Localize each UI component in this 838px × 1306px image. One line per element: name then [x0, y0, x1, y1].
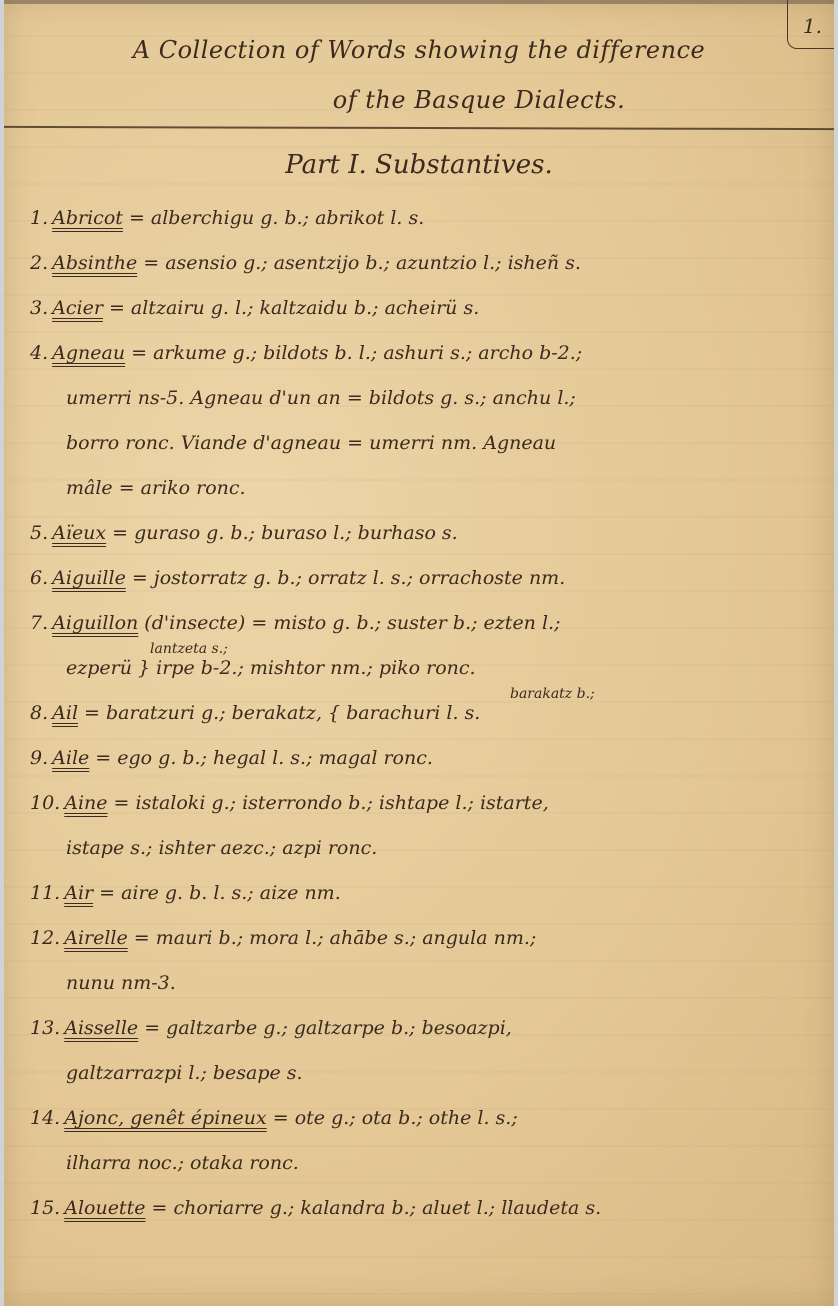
- manuscript-page: 1. A Collection of Words showing the dif…: [4, 0, 834, 1306]
- entry-headword: Abricot: [52, 207, 123, 229]
- entry-number: 11.: [30, 882, 60, 904]
- entry-translations: nunu nm-3.: [66, 972, 176, 994]
- entry-number: 8.: [30, 702, 48, 724]
- entry-line: 5.Aïeux = guraso g. b.; buraso l.; burha…: [30, 511, 808, 556]
- entry-line: barakatz b.;8.Ail = baratzuri g.; beraka…: [30, 691, 808, 736]
- title-line-2: of the Basque Dialects.: [64, 86, 838, 114]
- entry-line: 13.Aisselle = galtzarbe g.; galtzarpe b.…: [30, 1006, 808, 1051]
- entry-number: 6.: [30, 567, 48, 589]
- entry-translations: = altzairu g. l.; kaltzaidu b.; acheirü …: [103, 297, 479, 319]
- entry-line: 14.Ajonc, genêt épineux = ote g.; ota b.…: [30, 1096, 808, 1141]
- entry-headword: Aile: [52, 747, 89, 769]
- entry-superscript: lantzeta s.;: [150, 642, 228, 656]
- entry-translations: = aire g. b. l. s.; aize nm.: [93, 882, 341, 904]
- entry-number: 9.: [30, 747, 48, 769]
- entry-number: 4.: [30, 342, 48, 364]
- entry-translations: = jostorratz g. b.; orratz l. s.; orrach…: [126, 567, 565, 589]
- page-number: 1.: [803, 14, 822, 38]
- entry-translations: galtzarrazpi l.; besape s.: [66, 1062, 303, 1084]
- entry-number: 14.: [30, 1107, 60, 1129]
- entry-headword: Airelle: [64, 927, 128, 949]
- entry-number: 12.: [30, 927, 60, 949]
- entry-line: mâle = ariko ronc.: [30, 466, 808, 511]
- entry-translations: = ote g.; ota b.; othe l. s.;: [267, 1107, 518, 1129]
- entry-headword: Aine: [64, 792, 107, 814]
- entry-translations: mâle = ariko ronc.: [66, 477, 246, 499]
- entry-line: 1.Abricot = alberchigu g. b.; abrikot l.…: [30, 196, 808, 241]
- entry-translations: borro ronc. Viande d'agneau = umerri nm.…: [66, 432, 556, 454]
- entry-line: 6.Aiguille = jostorratz g. b.; orratz l.…: [30, 556, 808, 601]
- entry-line: nunu nm-3.: [30, 961, 808, 1006]
- entry-translations: = choriarre g.; kalandra b.; aluet l.; l…: [145, 1197, 601, 1219]
- entry-translations: umerri ns-5. Agneau d'un an = bildots g.…: [66, 387, 576, 409]
- entry-number: 2.: [30, 252, 48, 274]
- entry-headword: Agneau: [52, 342, 125, 364]
- entry-line: istape s.; ishter aezc.; azpi ronc.: [30, 826, 808, 871]
- entry-line: 15.Alouette = choriarre g.; kalandra b.;…: [30, 1186, 808, 1231]
- entry-translations: = arkume g.; bildots b. l.; ashuri s.; a…: [125, 342, 582, 364]
- entry-translations: = mauri b.; mora l.; ahābe s.; angula nm…: [128, 927, 537, 949]
- entry-translations: = galtzarbe g.; galtzarpe b.; besoazpi,: [138, 1017, 512, 1039]
- entry-line: borro ronc. Viande d'agneau = umerri nm.…: [30, 421, 808, 466]
- title-line-1: A Collection of Words showing the differ…: [4, 36, 834, 64]
- entry-number: 7.: [30, 612, 48, 634]
- part-heading: Part I. Substantives.: [4, 150, 834, 180]
- entry-headword: Aisselle: [64, 1017, 138, 1039]
- page-top-edge: [4, 0, 834, 4]
- entry-headword: Ail: [52, 702, 78, 724]
- entry-translations: = alberchigu g. b.; abrikot l. s.: [123, 207, 424, 229]
- entry-number: 5.: [30, 522, 48, 544]
- entry-list: 1.Abricot = alberchigu g. b.; abrikot l.…: [30, 196, 808, 1231]
- entry-line: galtzarrazpi l.; besape s.: [30, 1051, 808, 1096]
- entry-line: 3.Acier = altzairu g. l.; kaltzaidu b.; …: [30, 286, 808, 331]
- entry-headword: Aïeux: [52, 522, 106, 544]
- entry-translations: (d'insecte) = misto g. b.; suster b.; ez…: [138, 612, 560, 634]
- entry-headword: Ajonc, genêt épineux: [64, 1107, 267, 1129]
- entry-headword: Acier: [52, 297, 103, 319]
- entry-number: 15.: [30, 1197, 60, 1219]
- entry-line: ilharra noc.; otaka ronc.: [30, 1141, 808, 1186]
- entry-translations: = ego g. b.; hegal l. s.; magal ronc.: [89, 747, 433, 769]
- entry-headword: Air: [64, 882, 93, 904]
- entry-line: 9.Aile = ego g. b.; hegal l. s.; magal r…: [30, 736, 808, 781]
- entry-headword: Absinthe: [52, 252, 137, 274]
- entry-line: 7.Aiguillon (d'insecte) = misto g. b.; s…: [30, 601, 808, 646]
- entry-translations: = asensio g.; asentzijo b.; azuntzio l.;…: [137, 252, 581, 274]
- entry-line: umerri ns-5. Agneau d'un an = bildots g.…: [30, 376, 808, 421]
- entry-number: 3.: [30, 297, 48, 319]
- entry-line: 12.Airelle = mauri b.; mora l.; ahābe s.…: [30, 916, 808, 961]
- entry-line: 10.Aine = istaloki g.; isterrondo b.; is…: [30, 781, 808, 826]
- entry-superscript: barakatz b.;: [510, 687, 595, 701]
- entry-line: 11.Air = aire g. b. l. s.; aize nm.: [30, 871, 808, 916]
- entry-headword: Alouette: [64, 1197, 145, 1219]
- entry-line: 4.Agneau = arkume g.; bildots b. l.; ash…: [30, 331, 808, 376]
- entry-number: 1.: [30, 207, 48, 229]
- entry-headword: Aiguillon: [52, 612, 138, 634]
- entry-translations: = baratzuri g.; berakatz, { barachuri l.…: [78, 702, 480, 724]
- entry-headword: Aiguille: [52, 567, 126, 589]
- entry-translations: istape s.; ishter aezc.; azpi ronc.: [66, 837, 377, 859]
- entry-line: 2.Absinthe = asensio g.; asentzijo b.; a…: [30, 241, 808, 286]
- entry-translations: = guraso g. b.; buraso l.; burhaso s.: [106, 522, 458, 544]
- entry-translations: ilharra noc.; otaka ronc.: [66, 1152, 299, 1174]
- entry-number: 10.: [30, 792, 60, 814]
- entry-translations: ezperü } irpe b-2.; mishtor nm.; piko ro…: [66, 657, 476, 679]
- title-divider: [4, 126, 834, 130]
- entry-translations: = istaloki g.; isterrondo b.; ishtape l.…: [108, 792, 549, 814]
- entry-number: 13.: [30, 1017, 60, 1039]
- entry-line: lantzeta s.; ezperü } irpe b-2.; mishtor…: [30, 646, 808, 691]
